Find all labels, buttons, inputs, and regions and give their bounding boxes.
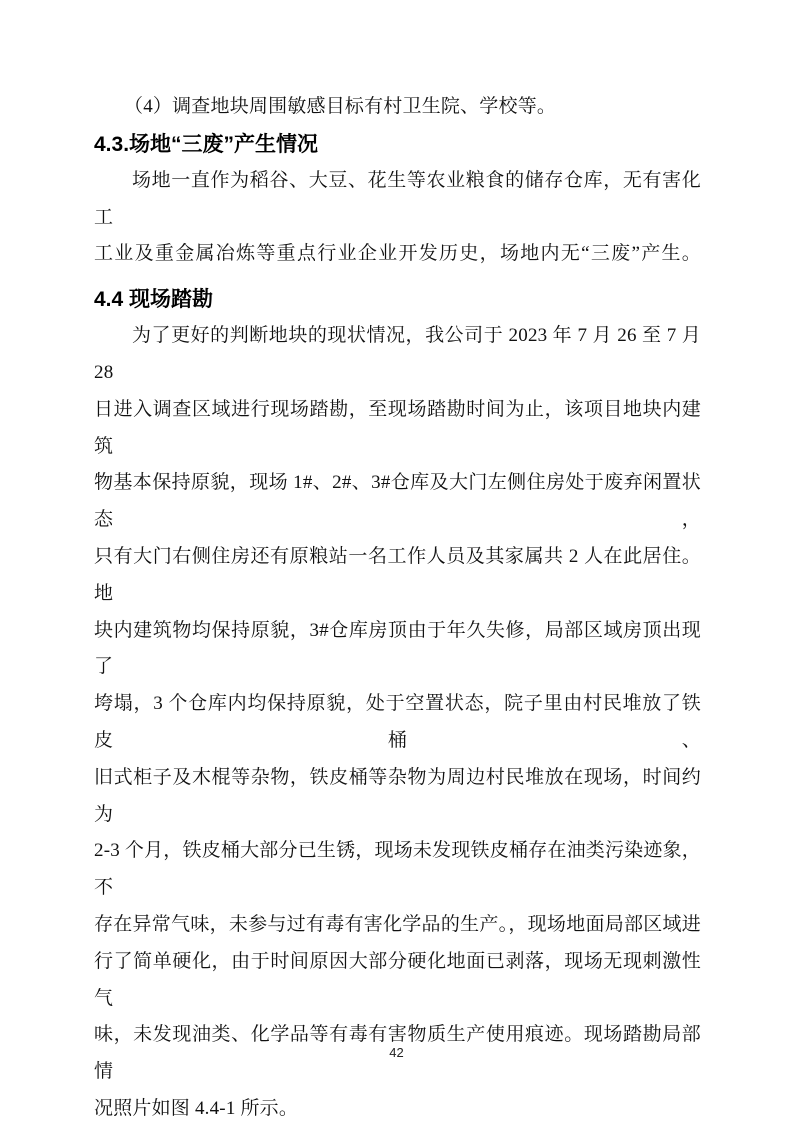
page-number: 42 [389,1045,403,1060]
document-page: （4）调查地块周围敏感目标有村卫生院、学校等。 4.3.场地“三废”产生情况 场… [0,0,793,1122]
section-heading-4-4: 4.4 现场踏勘 [94,281,701,318]
section-heading-4-3: 4.3.场地“三废”产生情况 [94,126,701,163]
paragraph-line: 块内建筑物均保持原貌，3#仓库房顶由于年久失修，局部区域房顶出现了 [94,613,701,687]
paragraph-line: 为了更好的判断地块的现状情况，我公司于 2023 年 7 月 26 至 7 月 … [94,318,701,392]
document-body: （4）调查地块周围敏感目标有村卫生院、学校等。 4.3.场地“三废”产生情况 场… [94,89,701,1122]
paragraph-line: 日进入调查区域进行现场踏勘，至现场踏勘时间为止，该项目地块内建筑 [94,392,701,466]
paragraph-line: 工业及重金属冶炼等重点行业企业开发历史，场地内无“三废”产生。 [94,236,701,273]
intro-line: （4）调查地块周围敏感目标有村卫生院、学校等。 [94,89,701,126]
paragraph-line: 场地一直作为稻谷、大豆、花生等农业粮食的储存仓库，无有害化工 [94,163,701,237]
paragraph-line: 2-3 个月，铁皮桶大部分已生锈，现场未发现铁皮桶存在油类污染迹象，不 [94,833,701,907]
paragraph-line: 况照片如图 4.4-1 所示。 [94,1091,701,1122]
paragraph-line: 物基本保持原貌，现场 1#、2#、3#仓库及大门左侧住房处于废弃闲置状态， [94,465,701,539]
page-footer: 42 [0,1044,793,1062]
paragraph-line: 存在异常气味，未参与过有毒有害化学品的生产。，现场地面局部区域进 [94,907,701,944]
paragraph-line: 行了简单硬化，由于时间原因大部分硬化地面已剥落，现场无现刺激性气 [94,944,701,1018]
paragraph-line: 旧式柜子及木棍等杂物，铁皮桶等杂物为周边村民堆放在现场，时间约为 [94,760,701,834]
paragraph-line: 垮塌，3 个仓库内均保持原貌，处于空置状态，院子里由村民堆放了铁皮桶、 [94,686,701,760]
paragraph-line: 只有大门右侧住房还有原粮站一名工作人员及其家属共 2 人在此居住。地 [94,539,701,613]
